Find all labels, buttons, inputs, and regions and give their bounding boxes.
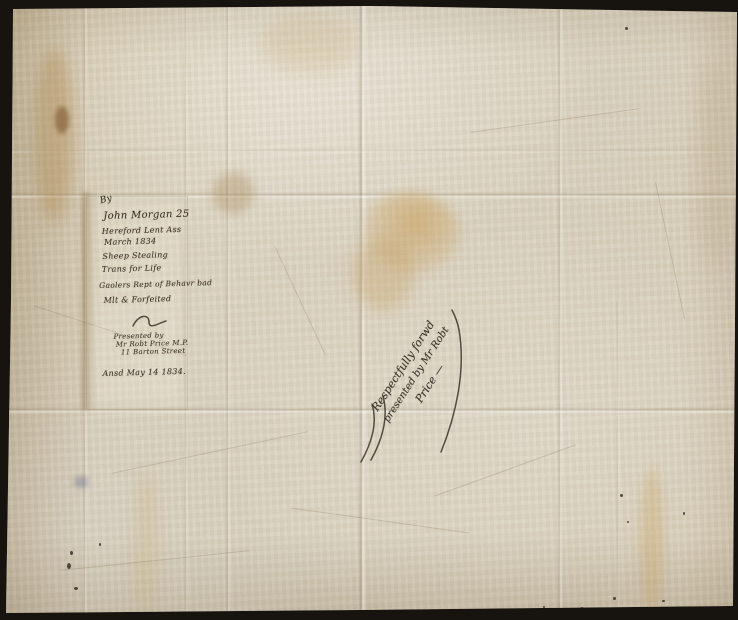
docket-text: By John Morgan 25 Hereford Lent Ass Marc… — [0, 0, 738, 620]
docket-line: Gaolers Rept of Behavr bad — [99, 278, 212, 290]
docket-line: Trans for Life — [102, 263, 162, 274]
document-page: By John Morgan 25 Hereford Lent Ass Marc… — [0, 0, 738, 620]
docket-line: Ansd May 14 1834. — [102, 367, 186, 378]
docket-line: Sheep Stealing — [102, 250, 168, 261]
docket-corner-mark: By — [99, 193, 114, 206]
docket-line: John Morgan 25 — [103, 209, 189, 222]
docket-line: Hereford Lent Ass — [102, 225, 182, 236]
docket-line: 11 Barton Street — [121, 347, 186, 357]
docket-line: Mlt & Forfeited — [104, 294, 172, 305]
scanned-document: By John Morgan 25 Hereford Lent Ass Marc… — [0, 0, 738, 620]
endorsement-line: presented by Mr Robt — [359, 291, 476, 459]
docket-line: March 1834 — [104, 237, 157, 247]
